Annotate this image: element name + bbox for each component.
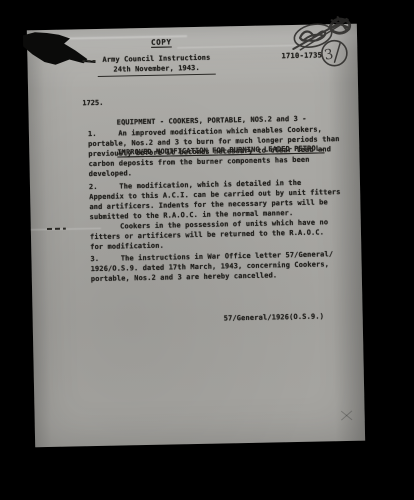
ink-blot: [23, 31, 102, 75]
document-page: COPY Army Council Instructions 24th Nove…: [27, 24, 365, 448]
margin-dash-mark: [47, 228, 66, 230]
document-date: 24th November, 1943.: [98, 63, 216, 75]
pen-dash-mark: [82, 60, 96, 62]
scratch-x-mark: [341, 410, 353, 422]
file-reference: 57/General/1926(O.S.9.): [224, 312, 325, 322]
aci-paragraph-2: 2. The modification, which is detailed i…: [89, 177, 342, 252]
aci-paragraph-1: 1. An improved modification which enable…: [88, 124, 340, 179]
handwritten-page-number: 3: [323, 46, 335, 63]
aci-number: 1725.: [82, 98, 103, 108]
scanned-page-background: { "doc": { "stamp_copy": "COPY", "header…: [0, 0, 414, 500]
document-title-block: Army Council Instructions 24th November,…: [97, 53, 215, 77]
copy-stamp: COPY: [151, 37, 172, 46]
handwritten-annotations: 3: [280, 14, 390, 98]
aci-paragraph-3: 3. The instructions in War Office letter…: [90, 249, 333, 284]
